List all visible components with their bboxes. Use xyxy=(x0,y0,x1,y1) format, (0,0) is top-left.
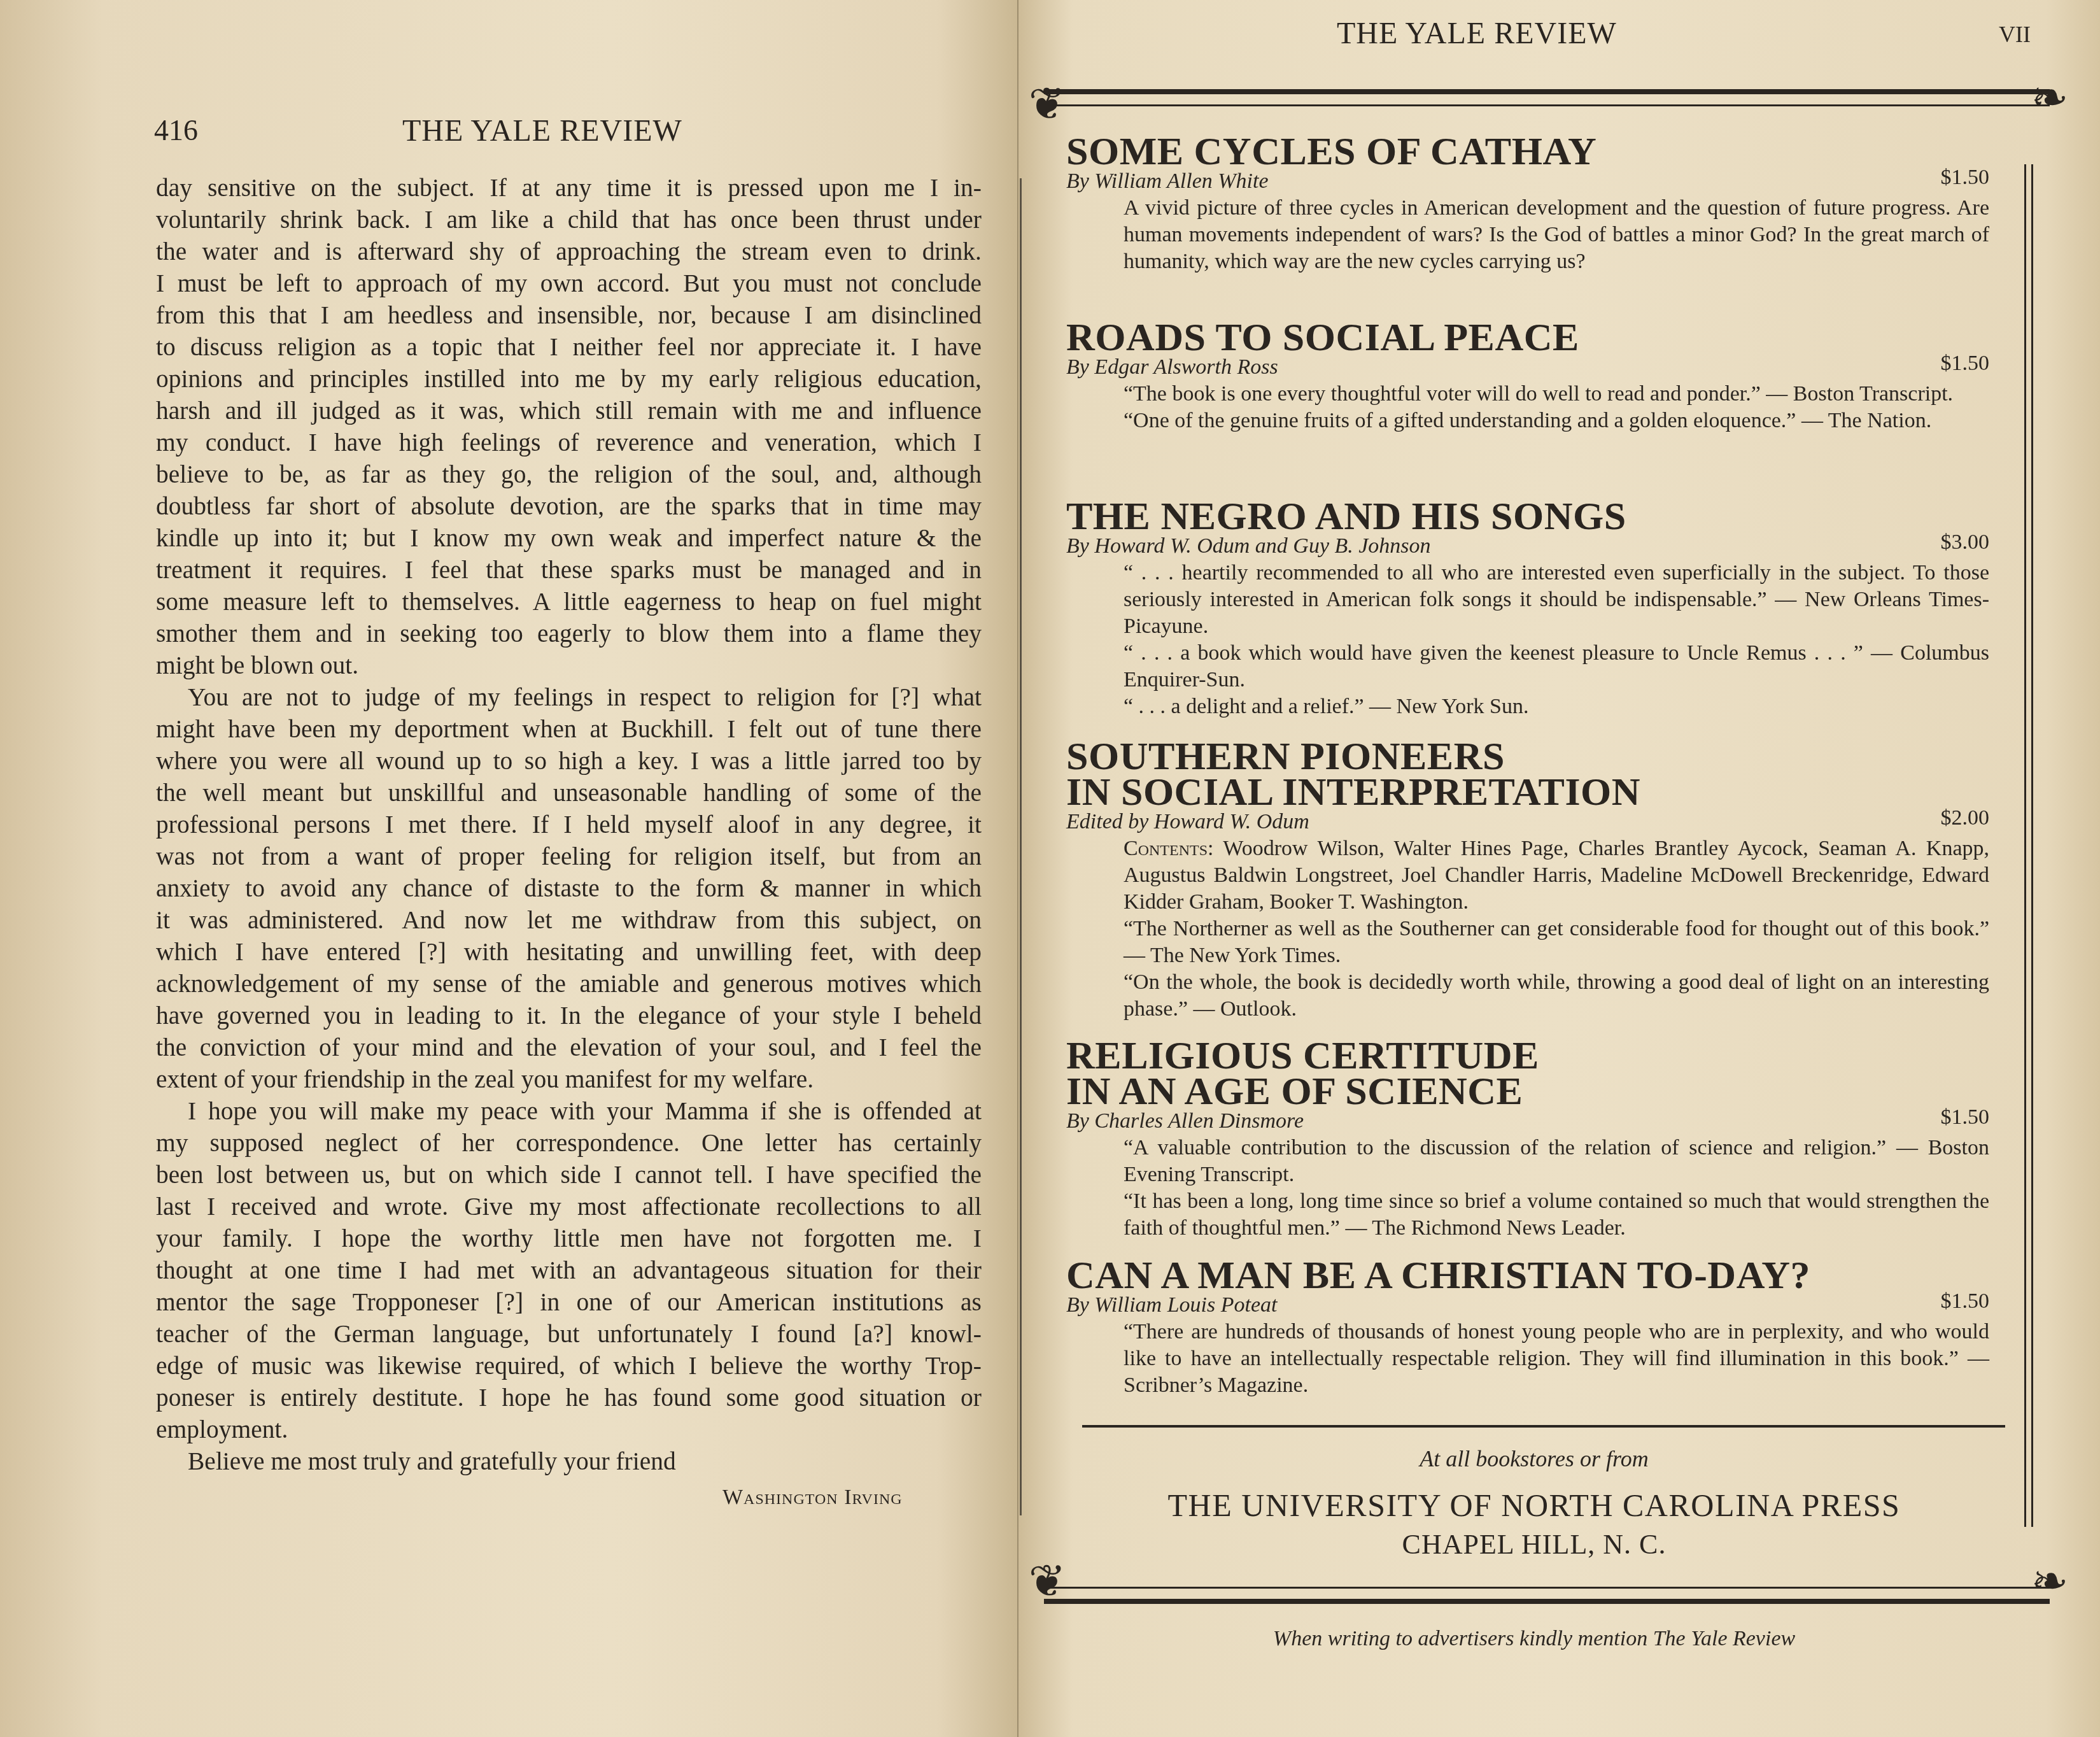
frame-bottom-rule xyxy=(1044,1587,2050,1604)
text-line: have governed you in leading to it. In t… xyxy=(156,1000,982,1032)
right-page: THE YALE REVIEW VII ❦ ❧ ❦ ❧ SOME CYCLES … xyxy=(1018,0,2100,1737)
text-line: your family. I hope the worthy little me… xyxy=(156,1223,982,1254)
frame-top-rule xyxy=(1044,89,2050,106)
running-head: THE YALE REVIEW xyxy=(1337,16,1617,51)
book-ad-some-cycles-of-cathay: SOME CYCLES OF CATHAY By William Allen W… xyxy=(1066,134,2005,275)
text-line: You are not to judge of my feelings in r… xyxy=(156,681,982,713)
contents-text: Woodrow Wilson, Walter Hines Page, Charl… xyxy=(1124,837,1989,914)
review-quote: “A valuable contribution to the discussi… xyxy=(1124,1135,1989,1188)
corner-ornament-icon: ❦ xyxy=(1018,76,1076,134)
text-line: mentor the sage Tropponeser [?] in one o… xyxy=(156,1286,982,1318)
text-line: day sensitive on the subject. If at any … xyxy=(156,172,982,204)
author: By Howard W. Odum and Guy B. Johnson xyxy=(1066,534,1431,558)
review-quote: “There are hundreds of thousands of hone… xyxy=(1124,1319,1989,1399)
title-line: IN SOCIAL INTERPRETATION xyxy=(1066,770,1640,814)
ad-reviews: “A valuable contribution to the discussi… xyxy=(1066,1135,2005,1242)
text-line: might be blown out. xyxy=(156,649,982,681)
text-line: kindle up into it; but I know my own wea… xyxy=(156,522,982,554)
text-line: doubtless far short of absolute devotion… xyxy=(156,490,982,522)
byline-row: By Edgar Alsworth Ross $1.50 xyxy=(1066,355,2005,381)
closing-line: Believe me most truly and gratefully you… xyxy=(156,1445,982,1477)
text-line: professional persons I met there. If I h… xyxy=(156,809,982,840)
letter-body: day sensitive on the subject. If at any … xyxy=(156,172,982,1477)
text-line: I hope you will make my peace with your … xyxy=(156,1095,982,1127)
price: $2.00 xyxy=(1941,806,1990,830)
author: Edited by Howard W. Odum xyxy=(1066,810,1309,834)
text-line: some measure left to themselves. A littl… xyxy=(156,586,982,618)
price: $1.50 xyxy=(1941,1105,1990,1130)
byline-row: By William Louis Poteat $1.50 xyxy=(1066,1293,2005,1319)
review-quote: “The Northerner as well as the Southerne… xyxy=(1124,916,1989,969)
text-line: opinions and principles instilled into m… xyxy=(156,363,982,395)
text-line: teacher of the German language, but unfo… xyxy=(156,1318,982,1350)
book-title: CAN A MAN BE A CHRISTIAN TO-DAY? xyxy=(1066,1258,2005,1293)
byline-row: By Howard W. Odum and Guy B. Johnson $3.… xyxy=(1066,534,2005,560)
book-title: ROADS TO SOCIAL PEACE xyxy=(1066,320,2005,355)
author: By William Allen White xyxy=(1066,169,1269,194)
text-line: the conviction of your mind and the elev… xyxy=(156,1032,982,1063)
ad-contents-and-reviews: Contents: Woodrow Wilson, Walter Hines P… xyxy=(1066,835,2005,1023)
text-line: it was administered. And now let me with… xyxy=(156,904,982,936)
price: $1.50 xyxy=(1941,1289,1990,1314)
page-number: 416 xyxy=(154,113,198,147)
text-line: the well meant but unskillful and unseas… xyxy=(156,777,982,809)
ad-reviews: “The book is one every thoughtful voter … xyxy=(1066,381,2005,434)
author: By Edgar Alsworth Ross xyxy=(1066,355,1278,379)
review-quote: “ . . . a delight and a relief.” — New Y… xyxy=(1124,693,1989,720)
contents-label: Contents: xyxy=(1124,837,1213,860)
text-line: last I received and wrote. Give my most … xyxy=(156,1191,982,1223)
text-line: voluntarily shrink back. I am like a chi… xyxy=(156,204,982,236)
price: $3.00 xyxy=(1941,530,1990,555)
book-spread: 416 THE YALE REVIEW day sensitive on the… xyxy=(0,0,2100,1737)
left-page: 416 THE YALE REVIEW day sensitive on the… xyxy=(0,0,1018,1737)
availability-note: At all bookstores or from xyxy=(1018,1445,2050,1472)
text-line: my supposed neglect of her correspondenc… xyxy=(156,1127,982,1159)
divider-rule xyxy=(1082,1425,2005,1428)
text-line: might have been my deportment when at Bu… xyxy=(156,713,982,745)
text-line: anxiety to avoid any chance of distaste … xyxy=(156,872,982,904)
review-quote: “ . . . a book which would have given th… xyxy=(1124,640,1989,693)
review-quote: “On the whole, the book is decidedly wor… xyxy=(1124,969,1989,1023)
review-quote: “ . . . heartily recommended to all who … xyxy=(1124,560,1989,640)
book-title: THE NEGRO AND HIS SONGS xyxy=(1066,499,2005,534)
author: By William Louis Poteat xyxy=(1066,1293,1277,1317)
book-ad-religious-certitude: RELIGIOUS CERTITUDE IN AN AGE OF SCIENCE… xyxy=(1066,1038,2005,1242)
book-title: SOME CYCLES OF CATHAY xyxy=(1066,134,2005,169)
ad-description: A vivid picture of three cycles in Ameri… xyxy=(1066,195,2005,275)
title-line: IN AN AGE OF SCIENCE xyxy=(1066,1070,1523,1113)
page-number: VII xyxy=(1999,21,2031,48)
text-line: acknowledgement of my sense of the amiab… xyxy=(156,968,982,1000)
text-line: been lost between us, but on which side … xyxy=(156,1159,982,1191)
text-line: smother them and in seeking too eagerly … xyxy=(156,618,982,649)
byline-row: Edited by Howard W. Odum $2.00 xyxy=(1066,810,2005,835)
price: $1.50 xyxy=(1941,351,1990,376)
ad-reviews: “ . . . heartily recommended to all who … xyxy=(1066,560,2005,720)
advertiser-footer-note: When writing to advertisers kindly menti… xyxy=(1018,1627,2050,1651)
byline-row: By William Allen White $1.50 xyxy=(1066,169,2005,195)
text-line: harsh and ill judged as it was, which st… xyxy=(156,395,982,427)
book-ad-roads-to-social-peace: ROADS TO SOCIAL PEACE By Edgar Alsworth … xyxy=(1066,320,2005,434)
text-line: thought at one time I had met with an ad… xyxy=(156,1254,982,1286)
signature: Washington Irving xyxy=(722,1485,903,1510)
book-ad-southern-pioneers: SOUTHERN PIONEERS IN SOCIAL INTERPRETATI… xyxy=(1066,739,2005,1023)
text-line: edge of music was likewise required, of … xyxy=(156,1350,982,1382)
book-title: RELIGIOUS CERTITUDE IN AN AGE OF SCIENCE xyxy=(1066,1038,2005,1109)
text-line: which I have entered [?] with hesitating… xyxy=(156,936,982,968)
text-line: from this that I am heedless and insensi… xyxy=(156,299,982,331)
review-quote: “One of the genuine fruits of a gifted u… xyxy=(1124,408,1989,434)
text-line: extent of your friendship in the zeal yo… xyxy=(156,1063,982,1095)
publisher-name: THE UNIVERSITY OF NORTH CAROLINA PRESS xyxy=(1018,1487,2050,1524)
review-quote: “It has been a long, long time since so … xyxy=(1124,1188,1989,1242)
price: $1.50 xyxy=(1941,166,1990,190)
book-ad-the-negro-and-his-songs: THE NEGRO AND HIS SONGS By Howard W. Odu… xyxy=(1066,499,2005,720)
running-head: THE YALE REVIEW xyxy=(402,113,682,148)
text-line: employment. xyxy=(156,1414,982,1445)
frame-right-rule xyxy=(2024,164,2033,1527)
text-line: my conduct. I have high feelings of reve… xyxy=(156,427,982,458)
publisher-location: CHAPEL HILL, N. C. xyxy=(1018,1528,2050,1561)
text-line: I must be left to approach of my own acc… xyxy=(156,267,982,299)
corner-ornament-icon: ❧ xyxy=(2021,1554,2078,1611)
review-quote: “The book is one every thoughtful voter … xyxy=(1124,381,1989,408)
author: By Charles Allen Dinsmore xyxy=(1066,1109,1304,1133)
text-line: where you were all wound up to so high a… xyxy=(156,745,982,777)
ad-reviews: “There are hundreds of thousands of hone… xyxy=(1066,1319,2005,1399)
text-line: to discuss religion as a topic that I ne… xyxy=(156,331,982,363)
corner-ornament-icon: ❦ xyxy=(1018,1554,1076,1611)
left-page-header: 416 THE YALE REVIEW xyxy=(154,113,982,158)
text-line: the water and is afterward shy of approa… xyxy=(156,236,982,267)
text-line: believe to be, as far as they go, the re… xyxy=(156,458,982,490)
text-line: was not from a want of proper feeling fo… xyxy=(156,840,982,872)
book-title: SOUTHERN PIONEERS IN SOCIAL INTERPRETATI… xyxy=(1066,739,2005,810)
byline-row: By Charles Allen Dinsmore $1.50 xyxy=(1066,1109,2005,1135)
frame-left-rule xyxy=(1020,178,1025,1515)
right-page-header: THE YALE REVIEW VII xyxy=(1018,16,2100,60)
text-line: poneser is entirely destitute. I hope he… xyxy=(156,1382,982,1414)
contents-list: Contents: Woodrow Wilson, Walter Hines P… xyxy=(1124,835,1989,916)
text-line: treatment it requires. I feel that these… xyxy=(156,554,982,586)
corner-ornament-icon: ❧ xyxy=(2021,70,2078,127)
description-text: A vivid picture of three cycles in Ameri… xyxy=(1124,195,1989,275)
book-ad-can-a-man-be-a-christian: CAN A MAN BE A CHRISTIAN TO-DAY? By Will… xyxy=(1066,1258,2005,1399)
